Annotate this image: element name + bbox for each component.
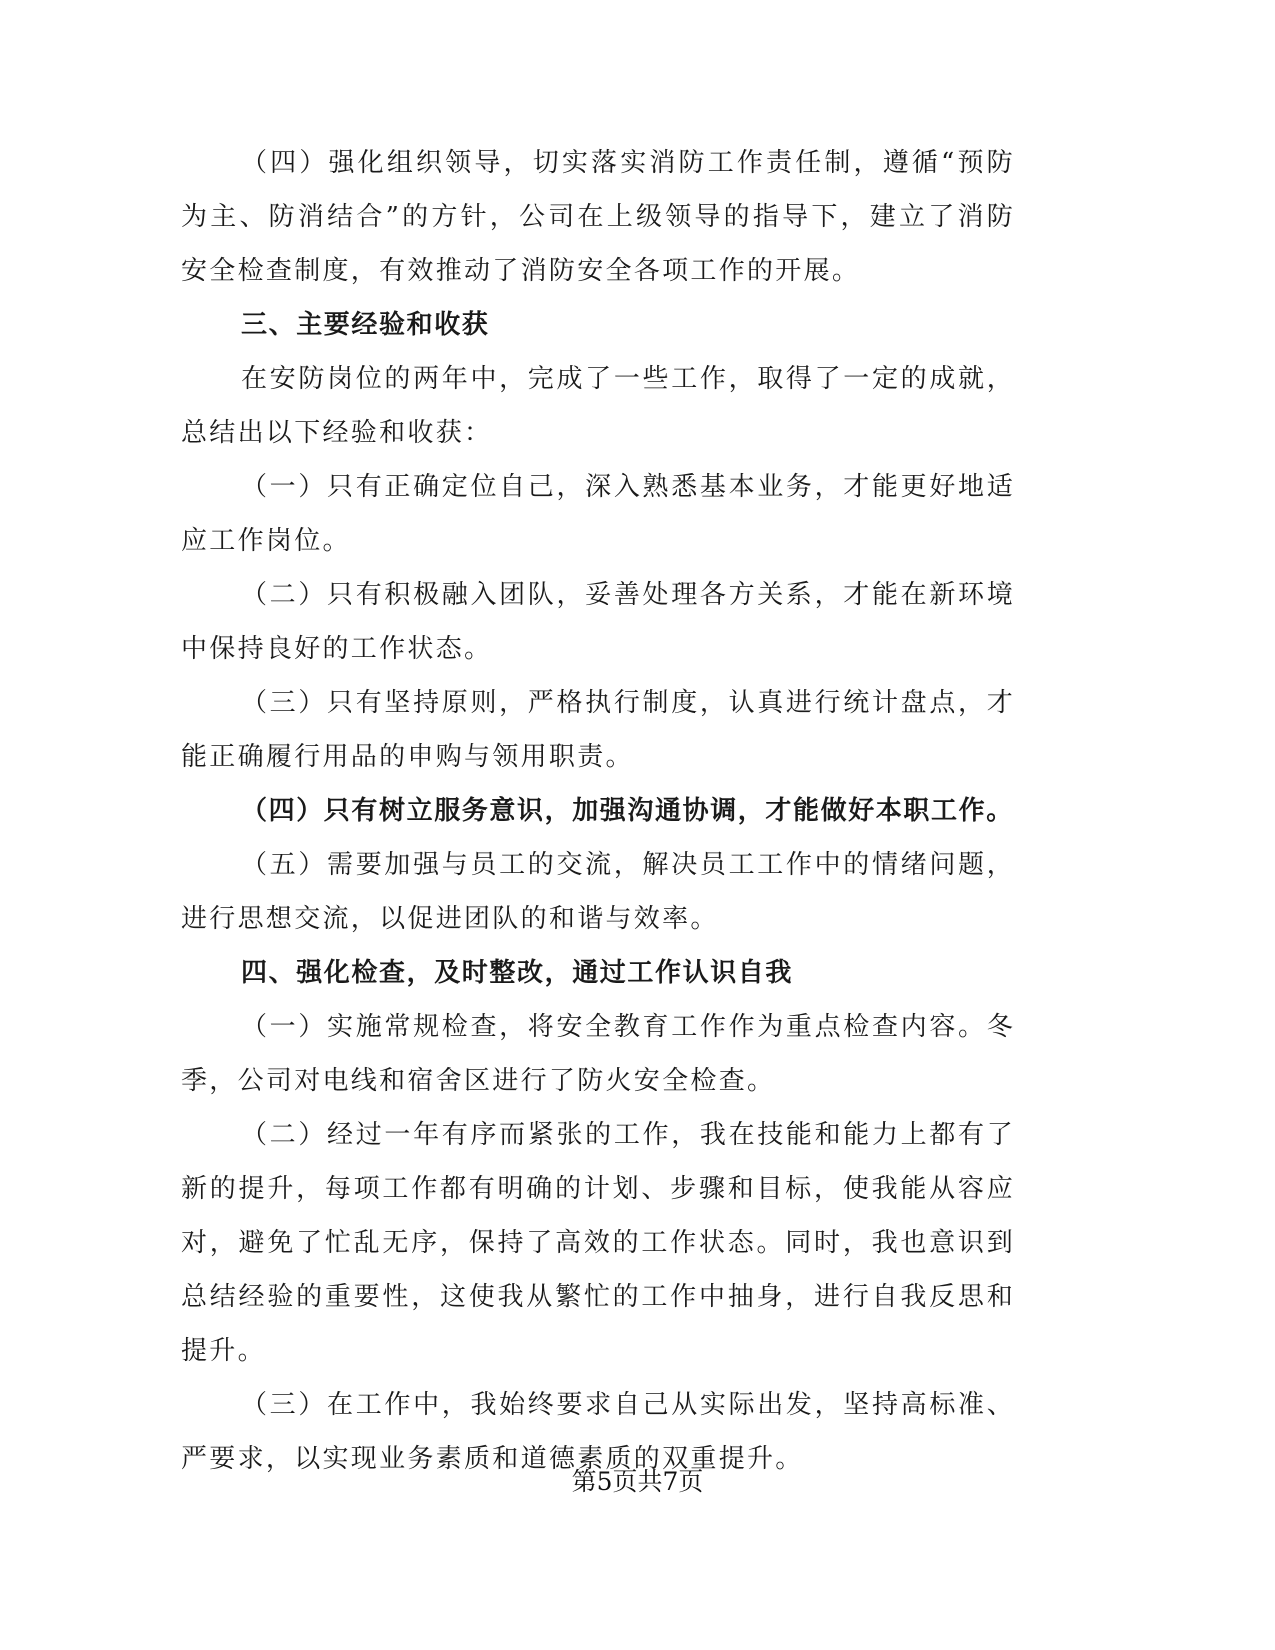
paragraph-fire-safety-leadership: （四）强化组织领导，切实落实消防工作责任制，遵循“预防为主、防消结合”的方针，公… [181, 136, 1015, 298]
paragraph-experience-5: （五）需要加强与员工的交流，解决员工工作中的情绪问题，进行思想交流，以促进团队的… [181, 838, 1015, 946]
paragraph-experience-4: （四）只有树立服务意识，加强沟通协调，才能做好本职工作。 [181, 784, 1015, 838]
page-number: 第5页共7页 [0, 1462, 1275, 1498]
paragraph-experience-1: （一）只有正确定位自己，深入熟悉基本业务，才能更好地适应工作岗位。 [181, 460, 1015, 568]
document-body: （四）强化组织领导，切实落实消防工作责任制，遵循“预防为主、防消结合”的方针，公… [181, 136, 1015, 1486]
paragraph-inspection-2: （二）经过一年有序而紧张的工作，我在技能和能力上都有了新的提升，每项工作都有明确… [181, 1108, 1015, 1378]
paragraph-inspection-1: （一）实施常规检查，将安全教育工作作为重点检查内容。冬季，公司对电线和宿舍区进行… [181, 1000, 1015, 1108]
paragraph-experience-3: （三）只有坚持原则，严格执行制度，认真进行统计盘点，才能正确履行用品的申购与领用… [181, 676, 1015, 784]
section-heading-experience: 三、主要经验和收获 [181, 298, 1015, 352]
paragraph-experience-2: （二）只有积极融入团队，妥善处理各方关系，才能在新环境中保持良好的工作状态。 [181, 568, 1015, 676]
section-heading-inspection: 四、强化检查，及时整改，通过工作认识自我 [181, 946, 1015, 1000]
paragraph-experience-intro: 在安防岗位的两年中，完成了一些工作，取得了一定的成就，总结出以下经验和收获： [181, 352, 1015, 460]
